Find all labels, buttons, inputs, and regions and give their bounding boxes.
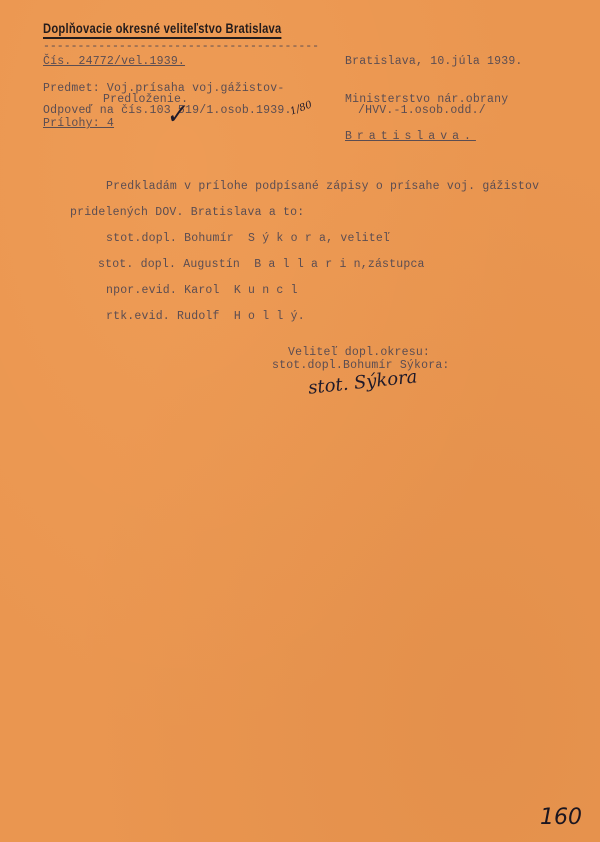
signature-name: stot.dopl.Bohumír Sýkora: <box>272 359 450 372</box>
dateline: Bratislava, 10.júla 1939. <box>345 55 523 68</box>
reference-number: Čís. 24772/vel.1939. <box>43 55 185 68</box>
officer-entry: stot.dopl. Bohumír S ý k o r a, veliteľ <box>106 232 390 245</box>
officer-entry: stot. dopl. Augustín B a l l a r i n,zás… <box>98 258 425 271</box>
office-stamp: Doplňovacie okresné veliteľstvo Bratisla… <box>43 20 282 39</box>
signature-title: Veliteľ dopl.okresu: <box>288 346 430 359</box>
addressee-line2: /HVV.-1.osob.odd./ <box>358 104 486 117</box>
checkmark-icon: ✓ <box>163 99 189 132</box>
document-page: Doplňovacie okresné veliteľstvo Bratisla… <box>0 0 600 842</box>
officer-entry: rtk.evid. Rudolf H o l l ý. <box>106 310 305 323</box>
marginal-note: 1/80 <box>289 99 314 117</box>
header-divider: ---------------------------------------- <box>43 40 319 53</box>
addressee-city: Bratislava. <box>345 130 476 143</box>
page-number: 160 <box>540 805 582 830</box>
attachments-count: Prílohy: 4 <box>43 117 114 130</box>
body-line-2: pridelených DOV. Bratislava a to: <box>70 206 304 219</box>
officer-entry: npor.evid. Karol K u n c l <box>106 284 298 297</box>
body-line-1: Predkladám v prílohe podpísané zápisy o … <box>106 180 539 193</box>
